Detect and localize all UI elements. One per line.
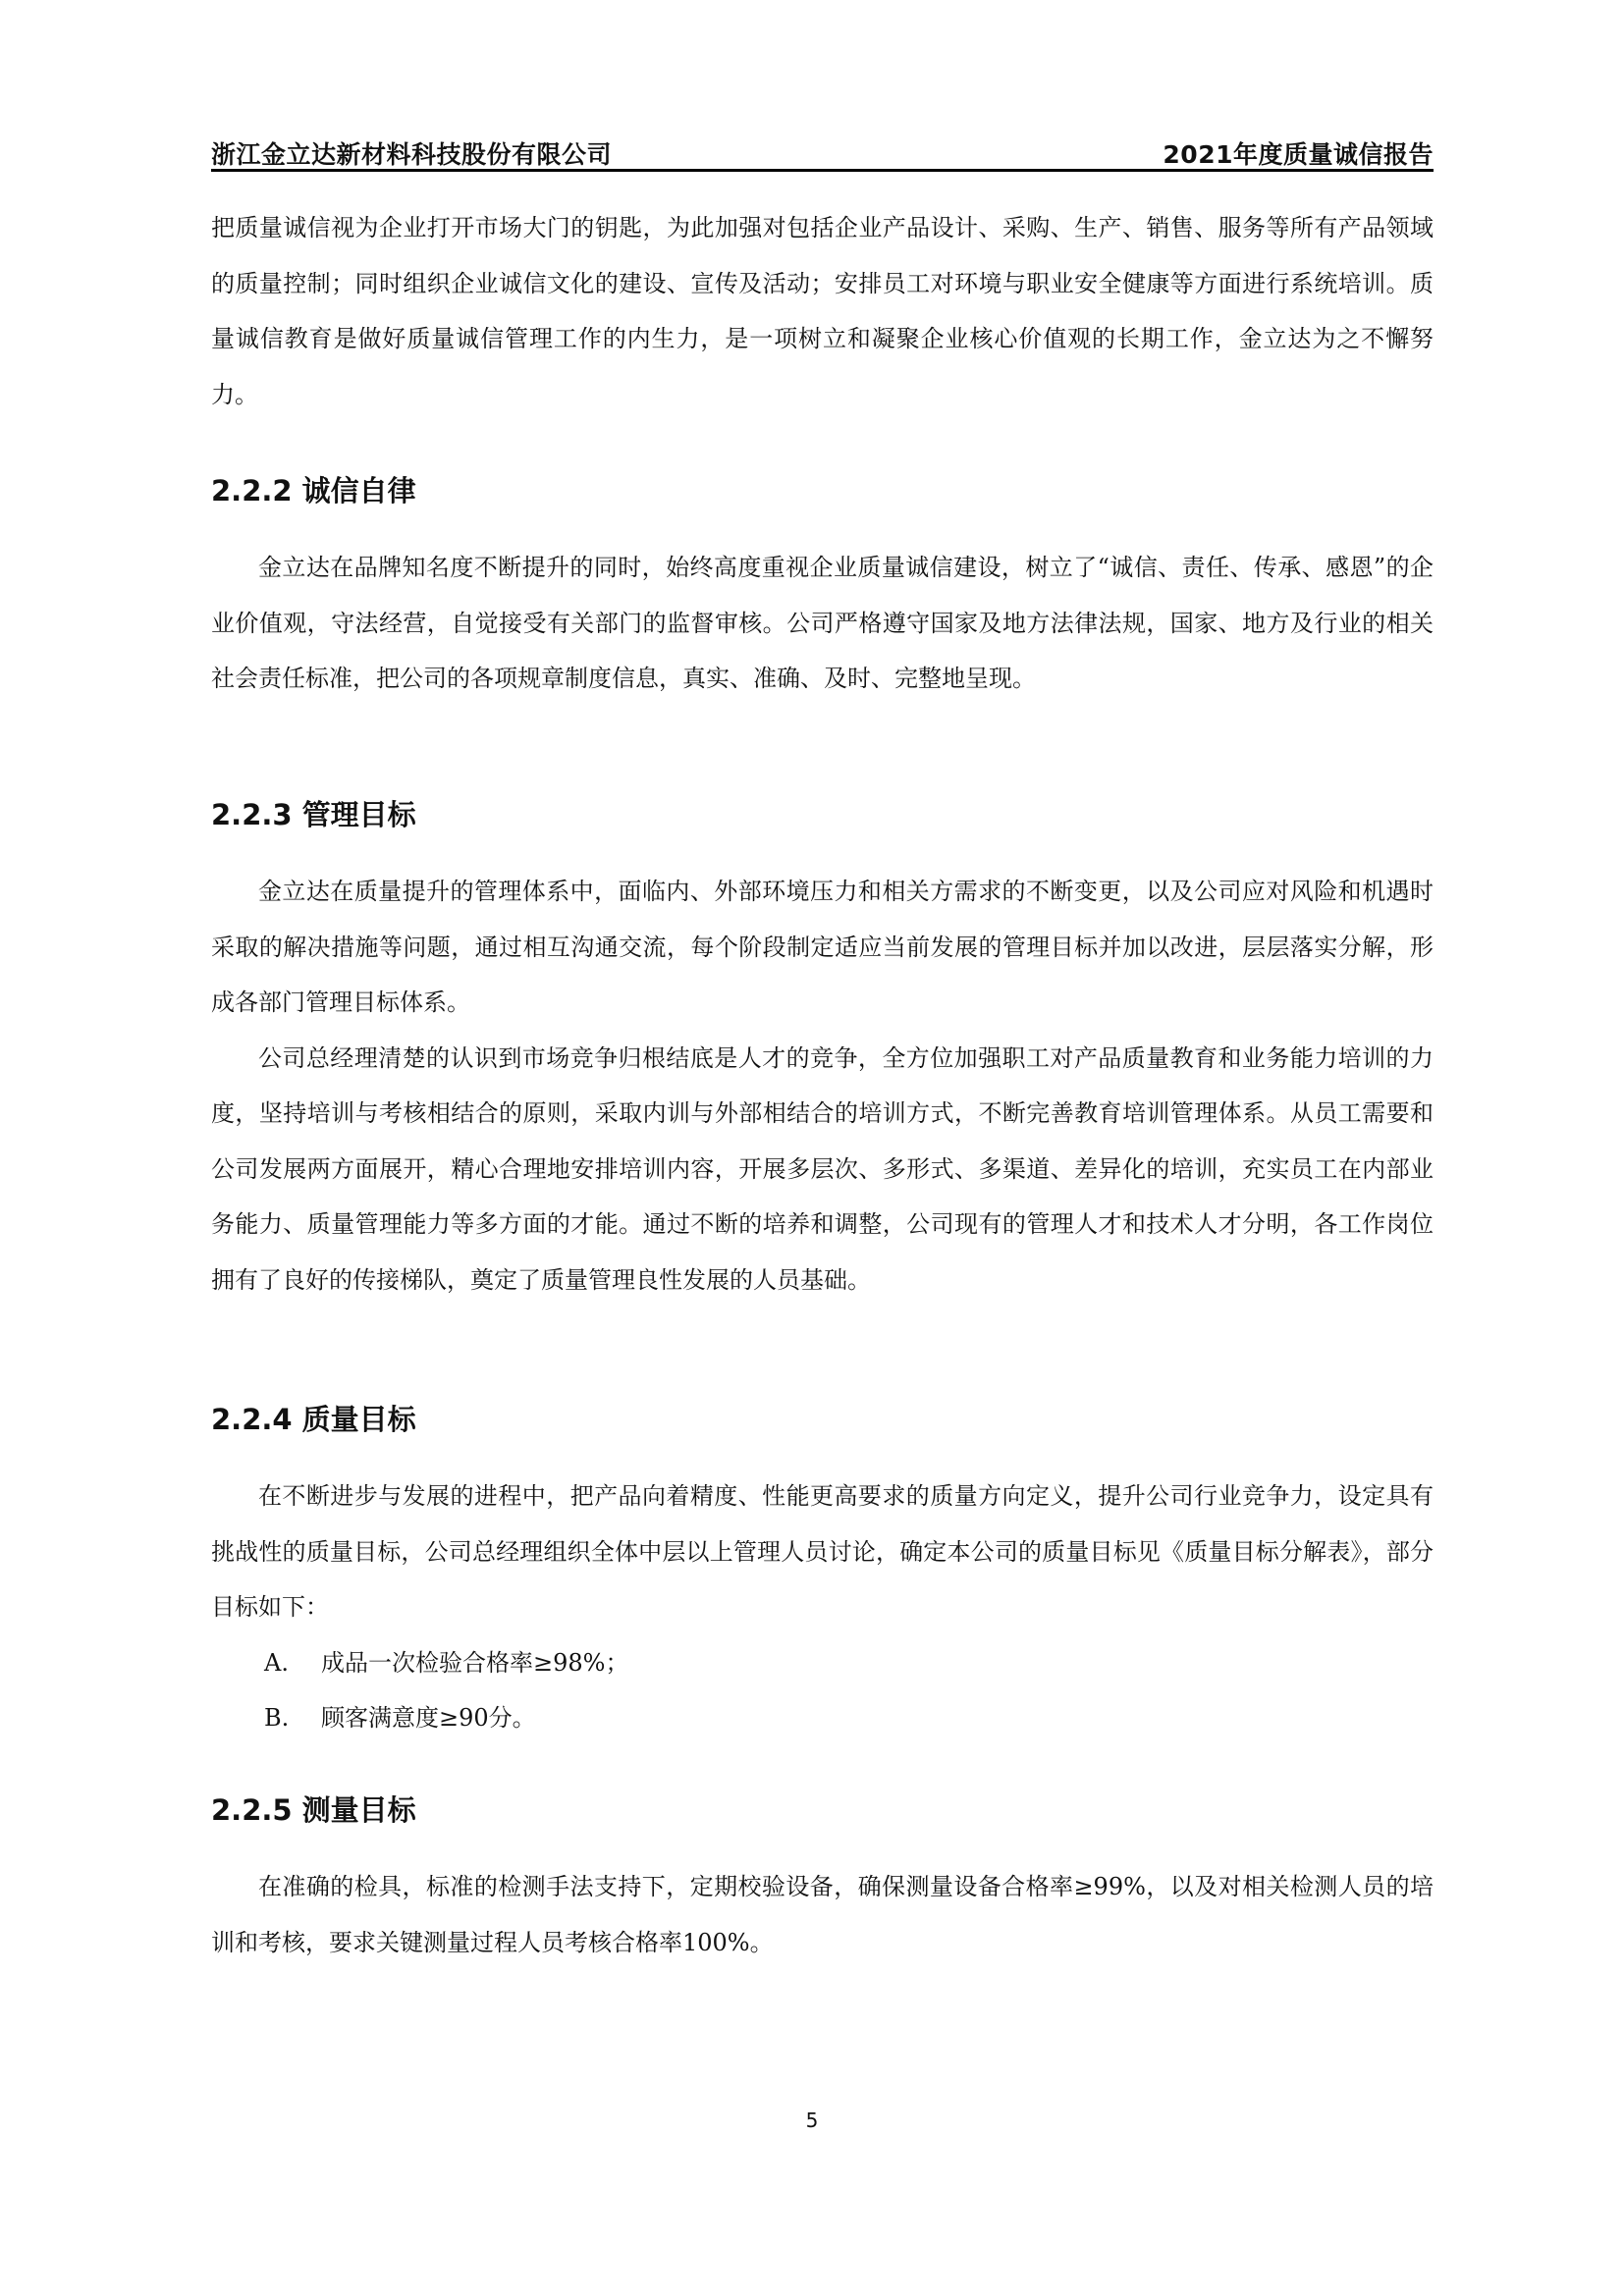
document-page: 浙江金立达新材料科技股份有限公司 2021年度质量诚信报告 把质量诚信视为企业打…	[0, 0, 1624, 2296]
section-2-2-4: 2.2.4 质量目标 在不断进步与发展的进程中，把产品向着精度、性能更高要求的质…	[211, 1400, 1434, 1746]
section-paragraph: 金立达在质量提升的管理体系中，面临内、外部环境压力和相关方需求的不断变更，以及公…	[211, 864, 1434, 1031]
list-marker: B.	[264, 1690, 321, 1746]
header-divider	[211, 169, 1434, 172]
intro-paragraph: 把质量诚信视为企业打开市场大门的钥匙，为此加强对包括企业产品设计、采购、生产、销…	[211, 200, 1434, 422]
section-heading: 2.2.5 测量目标	[211, 1790, 1434, 1830]
section-2-2-3: 2.2.3 管理目标 金立达在质量提升的管理体系中，面临内、外部环境压力和相关方…	[211, 795, 1434, 1308]
section-paragraph: 在不断进步与发展的进程中，把产品向着精度、性能更高要求的质量方向定义，提升公司行…	[211, 1468, 1434, 1635]
section-heading: 2.2.2 诚信自律	[211, 471, 1434, 510]
section-2-2-2: 2.2.2 诚信自律 金立达在品牌知名度不断提升的同时，始终高度重视企业质量诚信…	[211, 471, 1434, 707]
section-paragraph: 在准确的检具，标准的检测手法支持下，定期校验设备，确保测量设备合格率≥99%，以…	[211, 1859, 1434, 1970]
list-item: A. 成品一次检验合格率≥98%；	[211, 1635, 1434, 1691]
section-paragraph: 公司总经理清楚的认识到市场竞争归根结底是人才的竞争，全方位加强职工对产品质量教育…	[211, 1031, 1434, 1308]
intro-block: 把质量诚信视为企业打开市场大门的钥匙，为此加强对包括企业产品设计、采购、生产、销…	[211, 200, 1434, 422]
section-heading: 2.2.4 质量目标	[211, 1400, 1434, 1439]
section-2-2-5: 2.2.5 测量目标 在准确的检具，标准的检测手法支持下，定期校验设备，确保测量…	[211, 1790, 1434, 1970]
page-header: 浙江金立达新材料科技股份有限公司 2021年度质量诚信报告	[211, 132, 1434, 171]
section-heading: 2.2.3 管理目标	[211, 795, 1434, 834]
section-paragraph: 金立达在品牌知名度不断提升的同时，始终高度重视企业质量诚信建设，树立了“诚信、责…	[211, 540, 1434, 707]
list-text: 顾客满意度≥90分。	[321, 1690, 536, 1746]
list-marker: A.	[264, 1635, 321, 1691]
page-number: 5	[0, 2109, 1624, 2132]
list-text: 成品一次检验合格率≥98%；	[321, 1635, 628, 1691]
header-company-name: 浙江金立达新材料科技股份有限公司	[211, 135, 612, 171]
header-report-title: 2021年度质量诚信报告	[1163, 135, 1434, 171]
list-item: B. 顾客满意度≥90分。	[211, 1690, 1434, 1746]
